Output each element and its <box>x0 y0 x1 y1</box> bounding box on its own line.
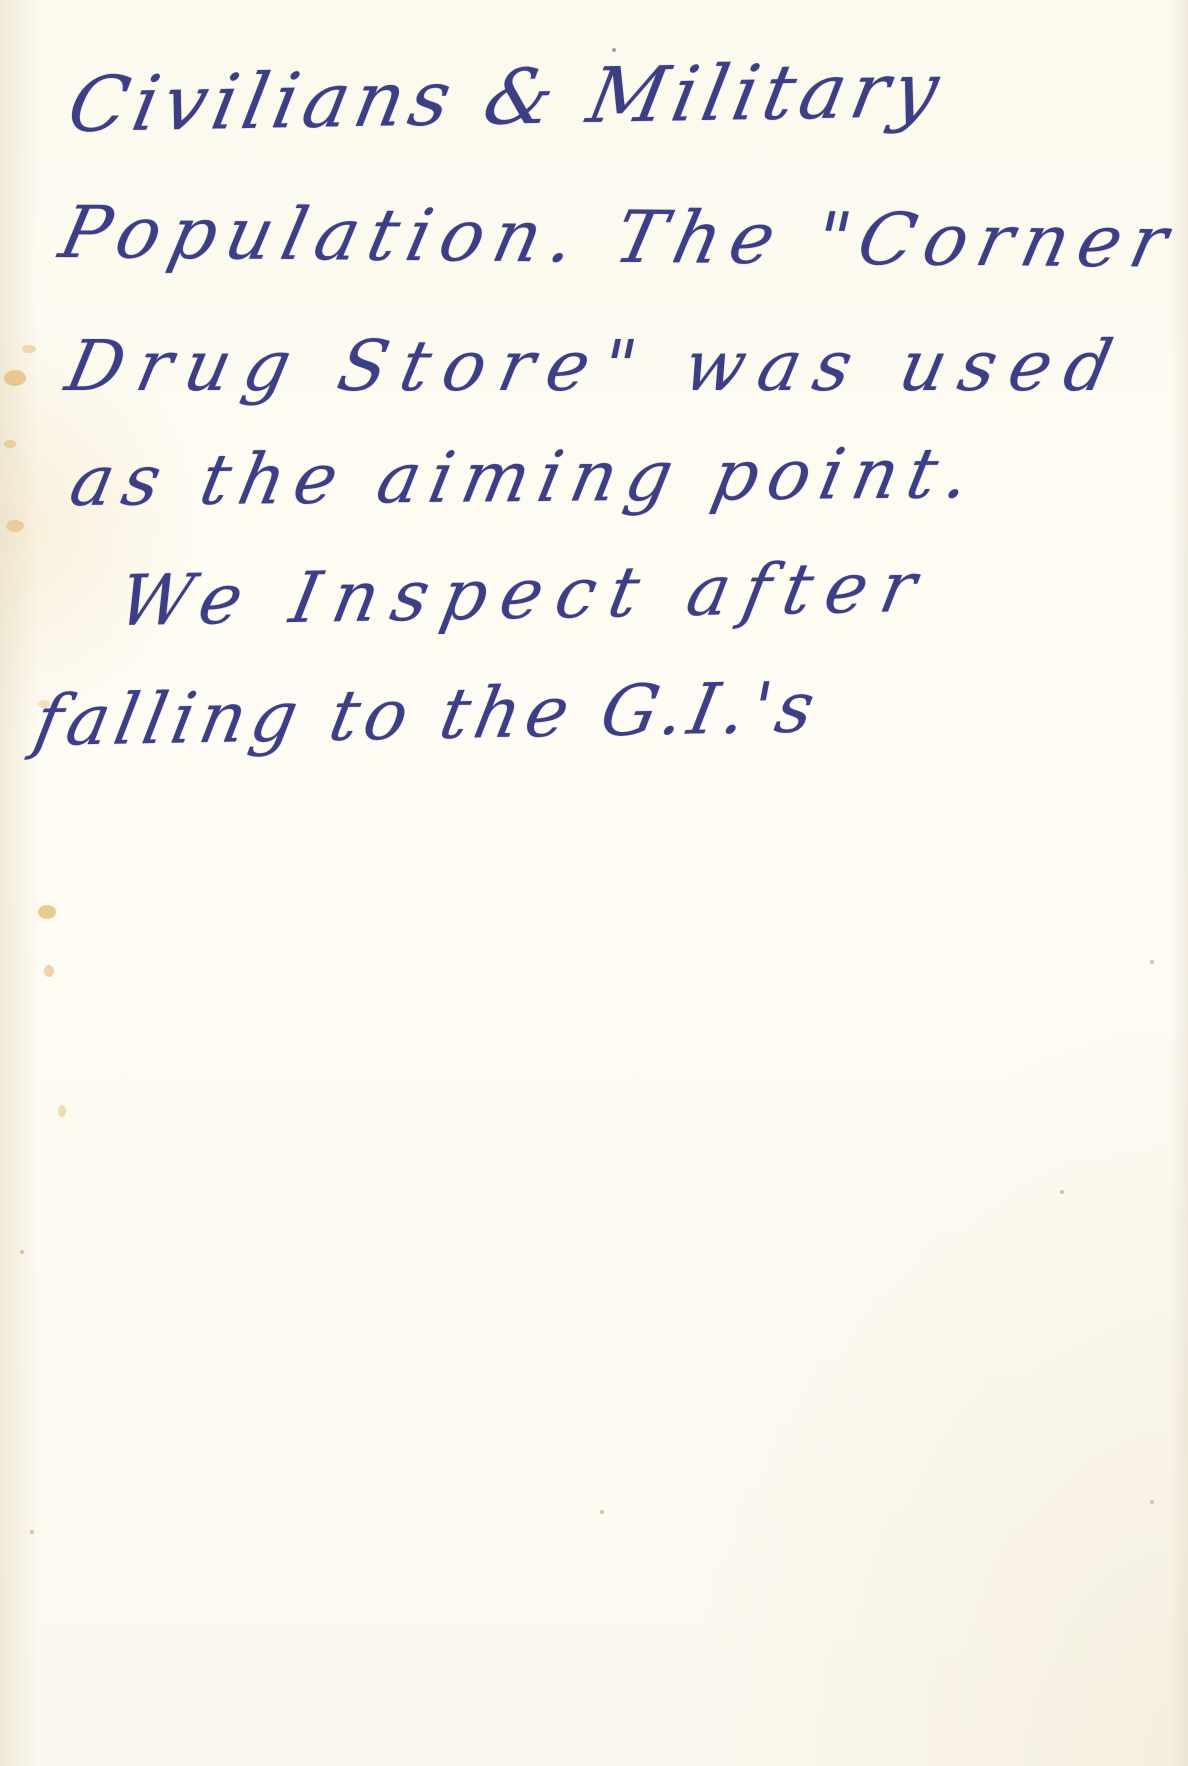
speck <box>1060 1190 1064 1194</box>
speck <box>600 1510 604 1514</box>
foxing-stain <box>4 440 16 448</box>
handwriting-line-1: Civilians & Military <box>61 45 952 150</box>
foxing-stain <box>22 345 36 353</box>
speck <box>30 1530 34 1534</box>
foxing-stain <box>44 965 54 977</box>
handwritten-card: Civilians & Military Population. The "Co… <box>0 0 1188 1766</box>
paper-edge-right <box>1170 0 1188 1766</box>
foxing-stain <box>38 905 56 919</box>
speck <box>1150 1500 1154 1504</box>
speck <box>20 1250 24 1254</box>
foxing-stain <box>6 520 24 532</box>
handwriting-line-2: Population. The "Corner <box>53 190 1186 284</box>
speck <box>1150 960 1154 964</box>
foxing-stain <box>4 370 26 386</box>
handwriting-line-4: as the aiming point. <box>64 432 987 522</box>
handwriting-line-5: We Inspect after <box>112 546 937 642</box>
paper-edge-left <box>0 0 40 1766</box>
foxing-stain <box>58 1105 66 1117</box>
handwriting-line-6: falling to the G.I.'s <box>28 666 827 762</box>
handwriting-line-3: Drug Store" was used <box>59 325 1133 407</box>
